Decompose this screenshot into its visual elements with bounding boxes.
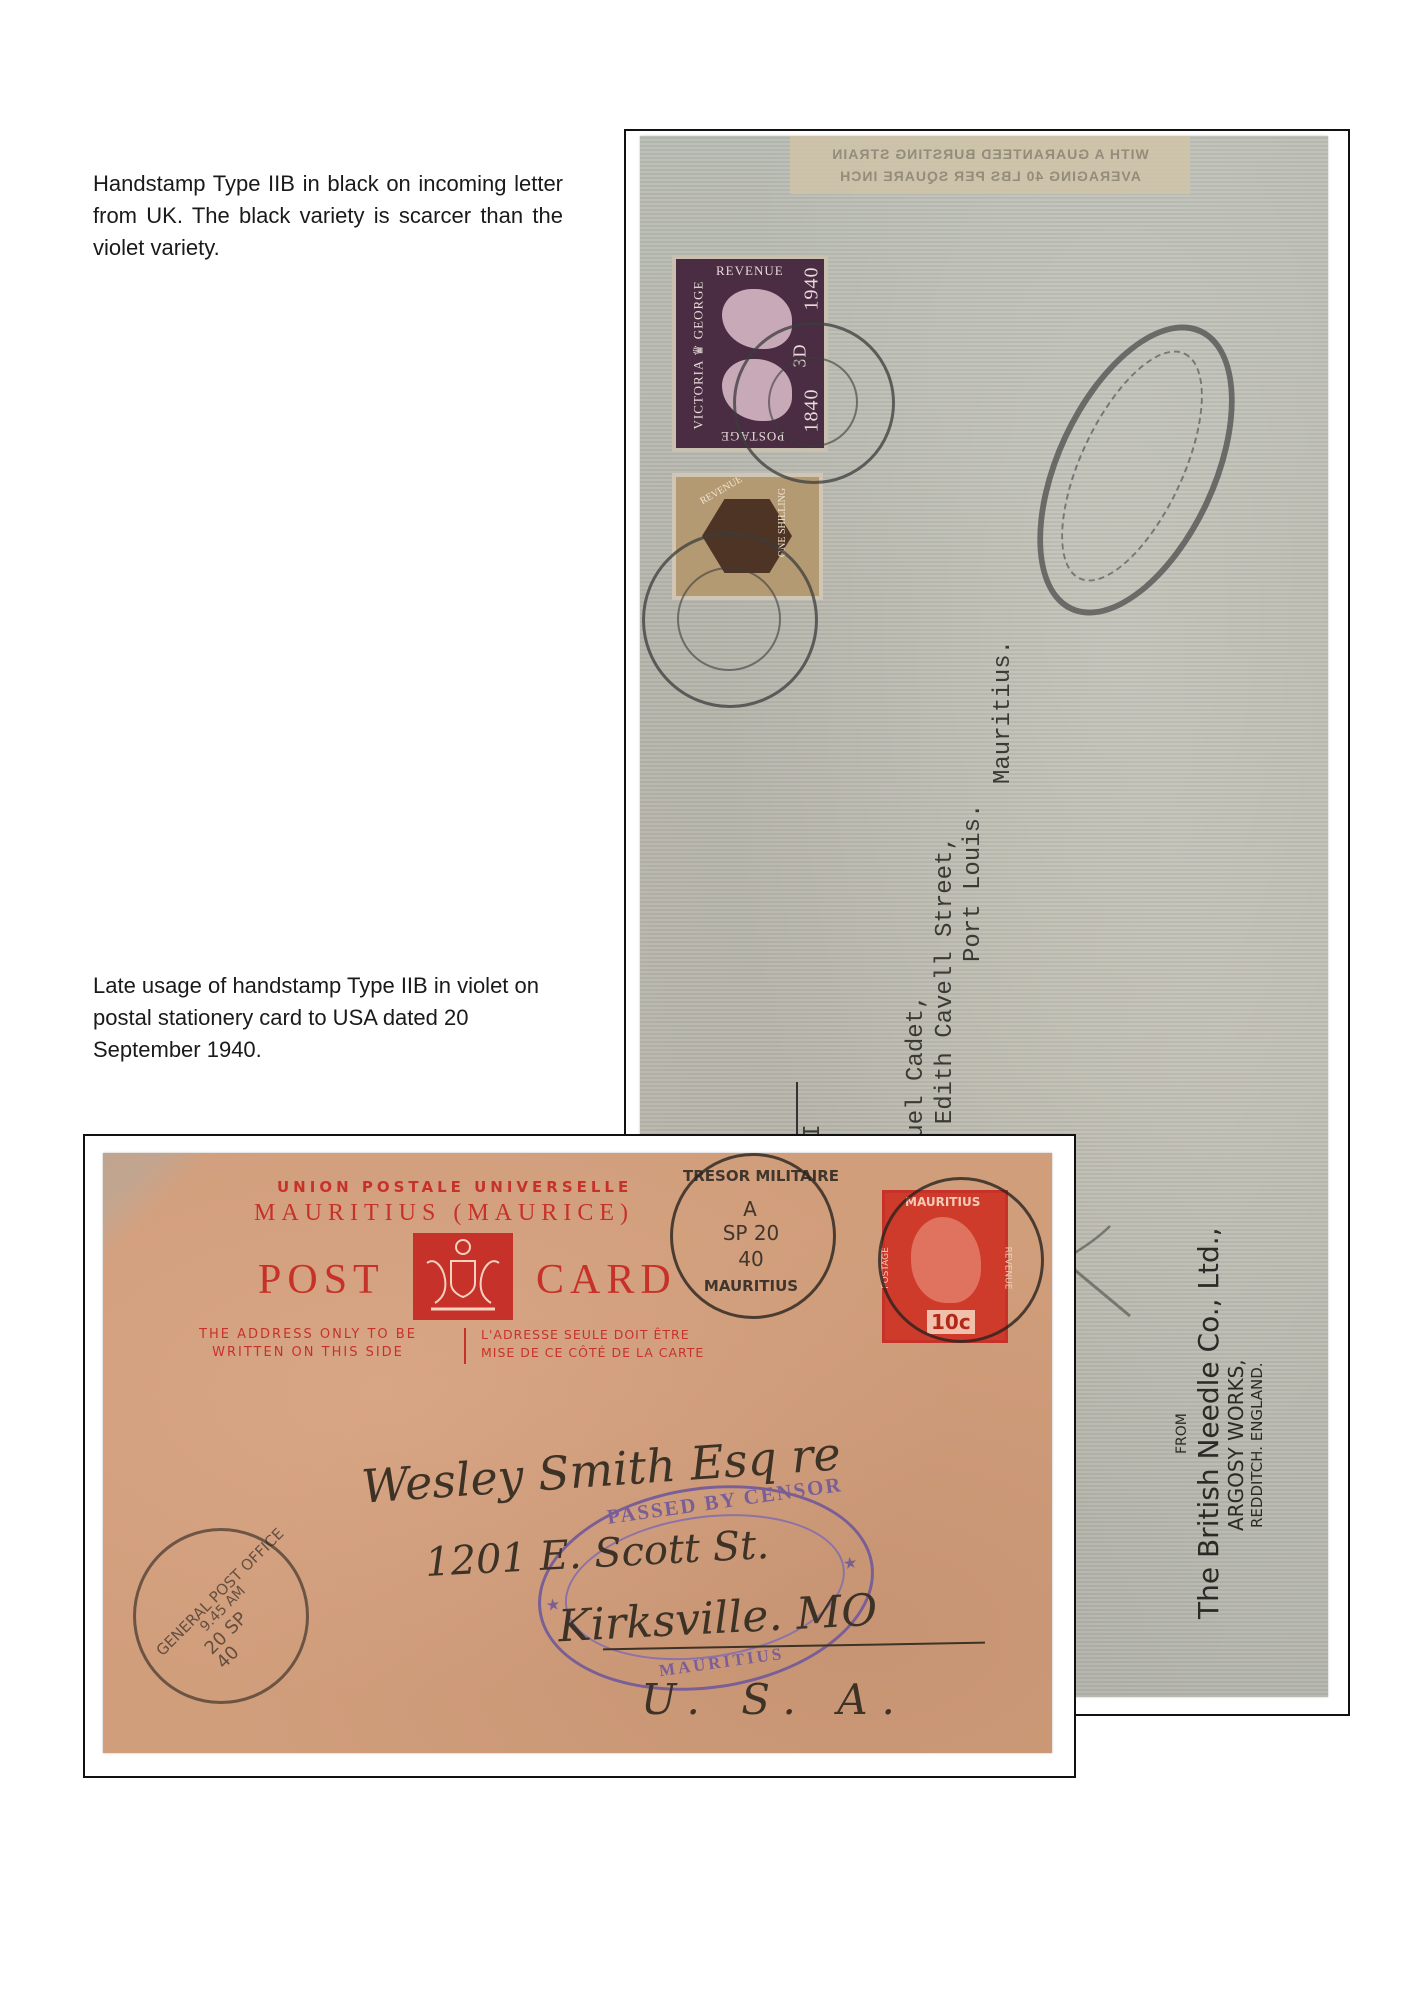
address-city: Port Louis.	[960, 804, 987, 962]
censor-star-icon: ★	[843, 1555, 858, 1574]
caption-postal-card: Late usage of handstamp Type IIB in viol…	[93, 970, 563, 1066]
instructions-en-line-1: THE ADDRESS ONLY TO BE	[158, 1326, 458, 1344]
stamp-text-names: VICTORIA ♛ GEORGE	[691, 280, 707, 429]
postmark-year: 40	[723, 1247, 779, 1271]
royal-coat-of-arms-icon	[413, 1233, 513, 1320]
postmark-inner-ring	[677, 567, 781, 671]
return-address-works: ARGOSY WORKS,	[1224, 1359, 1248, 1531]
strip-line-2: AVERAGING 40 LBS PER SQUARE INCH	[790, 168, 1190, 184]
postmark-letter: A	[733, 1197, 767, 1221]
instructions-fr-line-2: MISE DE CE CÔTÉ DE LA CARTE	[481, 1344, 721, 1362]
address-country: Mauritius.	[990, 640, 1017, 784]
return-address-from: FROM	[1174, 1413, 1190, 1454]
postmark-tresor-militaire-stamp	[878, 1177, 1044, 1343]
card-instructions-en: THE ADDRESS ONLY TO BE WRITTEN ON THIS S…	[158, 1326, 458, 1362]
card-title-card: CARD	[536, 1256, 677, 1304]
return-address-town: REDDITCH. ENGLAND.	[1248, 1362, 1266, 1528]
address-name: nuel Cadet,	[903, 995, 930, 1153]
postmark-bottom-text: MAURITIUS	[693, 1277, 809, 1295]
strip-line-1: WITH A GUARANTEED BURSTING STRAIN	[790, 146, 1190, 162]
instructions-fr-line-1: L'ADRESSE SEULE DOIT ÊTRE	[481, 1326, 721, 1344]
address-street: o Edith Cavell Street,	[932, 836, 959, 1153]
postal-stationery-card: UNION POSTALE UNIVERSELLE MAURITIUS (MAU…	[103, 1153, 1052, 1753]
printed-strip: WITH A GUARANTEED BURSTING STRAIN AVERAG…	[790, 136, 1190, 194]
card-instructions-fr: L'ADRESSE SEULE DOIT ÊTRE MISE DE CE CÔT…	[481, 1326, 721, 1362]
return-address-company: The British Needle Co., Ltd.,	[1192, 1227, 1225, 1619]
stamp-year-1940: 1940	[801, 267, 824, 311]
postmark-inner-ring	[768, 357, 858, 447]
card-title-post: POST	[258, 1256, 385, 1304]
caption-incoming-letter: Handstamp Type IIB in black on incoming …	[93, 168, 563, 264]
stamp-text-revenue: REVENUE	[716, 263, 784, 279]
postmark-top-text: TRESOR MILITAIRE	[683, 1167, 817, 1185]
handwritten-country: U. S. A.	[641, 1675, 909, 1724]
postmark-date: SP 20	[703, 1221, 799, 1245]
instructions-en-line-2: WRITTEN ON THIS SIDE	[158, 1344, 458, 1362]
instructions-divider	[464, 1328, 466, 1364]
card-country: MAURITIUS (MAURICE)	[254, 1200, 634, 1227]
card-upu-heading: UNION POSTALE UNIVERSELLE	[277, 1178, 632, 1196]
